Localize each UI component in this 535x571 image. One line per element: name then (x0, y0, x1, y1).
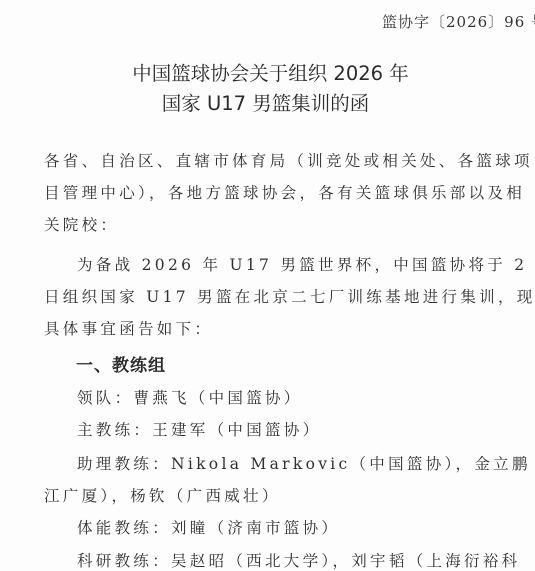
section-heading-coaching-staff: 一、教练组 (76, 351, 166, 376)
document-title-line-1: 中国篮球协会关于组织 2026 年 (3, 58, 535, 86)
staff-line-assistant-coaches-cont: 江广厦），杨钦（广西威壮） (44, 484, 281, 506)
intro-line: 为备战 2026 年 U17 男篮世界杯，中国篮协将于 2 月 25 (77, 253, 535, 275)
addressee-line: 关院校： (44, 213, 119, 235)
document-page: 篮协字〔2026〕96 号 中国篮球协会关于组织 2026 年 国家 U17 男… (0, 0, 535, 571)
staff-line-fitness-coach: 体能教练：刘瞳（济南市篮协） (77, 516, 340, 538)
staff-line-research-coaches: 科研教练：吴赵昭（西北大学），刘宇韬（上海衍裕科 (77, 549, 520, 571)
staff-line-head-coach: 主教练：王建军（中国篮协） (77, 418, 321, 440)
staff-line-assistant-coaches: 助理教练：Nikola Markovic（中国篮协），金立鹏（浙 (77, 452, 535, 474)
intro-line: 具体事宜函告如下： (44, 317, 213, 339)
document-number: 篮协字〔2026〕96 号 (382, 11, 535, 32)
document-title-line-2: 国家 U17 男篮集训的函 (0, 88, 533, 116)
addressee-line: 目管理中心），各地方篮球协会，各有关篮球俱乐部以及相 (44, 181, 525, 203)
intro-line: 日组织国家 U17 男篮在北京二七厂训练基地进行集训，现将 (44, 285, 535, 307)
staff-line-team-leader: 领队：曹燕飞（中国篮协） (77, 386, 303, 408)
addressee-line: 各省、自治区、直辖市体育局（训竞处或相关处、各篮球项 (44, 149, 533, 171)
